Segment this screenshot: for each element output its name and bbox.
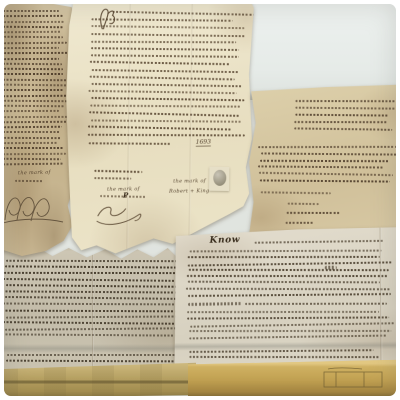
handwriting-line xyxy=(88,126,231,131)
handwriting-line xyxy=(4,73,63,75)
handwriting-line xyxy=(295,121,388,123)
indenture-paper: 1693 the mark of P the mark of Robert + … xyxy=(62,4,256,255)
handwriting-line xyxy=(186,287,390,289)
handwriting-line xyxy=(261,191,331,194)
handwriting-line xyxy=(259,179,389,182)
deed-right-paper: Know xyxy=(174,227,396,373)
handwriting-line xyxy=(89,111,239,116)
handwriting-line xyxy=(4,131,60,133)
signature-line xyxy=(14,180,66,187)
handwriting-line xyxy=(188,281,380,283)
handwriting-line xyxy=(295,107,396,110)
handwriting-line xyxy=(4,26,64,28)
handwriting-line xyxy=(261,152,396,155)
closing-line xyxy=(260,192,380,200)
handwriting-line xyxy=(91,105,241,108)
handwriting-line xyxy=(89,61,229,65)
handwriting-line xyxy=(4,115,67,117)
handwriting-line xyxy=(286,212,339,214)
handwriting-line xyxy=(188,302,242,306)
handwriting-line xyxy=(260,159,389,161)
opening-word: Know xyxy=(209,236,240,246)
handwriting-line xyxy=(6,315,196,318)
handwriting-line xyxy=(5,327,192,331)
handwriting-line xyxy=(91,54,239,57)
handwriting-line xyxy=(295,114,388,116)
handwriting-line xyxy=(89,90,237,94)
document-indenture: 1693 the mark of P the mark of Robert + … xyxy=(62,4,256,255)
handwriting-block xyxy=(4,260,192,340)
date-line xyxy=(88,142,246,151)
handwriting-line xyxy=(286,222,315,224)
handwriting-line xyxy=(4,57,58,59)
handwriting-line xyxy=(245,303,387,305)
handwriting-line xyxy=(4,334,185,337)
handwriting-line xyxy=(4,89,63,91)
handwriting-line xyxy=(4,78,68,80)
handwriting-block xyxy=(244,302,392,309)
handwriting-line xyxy=(288,203,319,205)
handwriting-line xyxy=(4,272,192,274)
handwriting-line xyxy=(4,94,67,96)
handwriting-line xyxy=(91,119,241,122)
handwriting-line xyxy=(4,47,59,49)
handwriting-line xyxy=(91,97,244,101)
handwriting-line xyxy=(4,20,63,22)
handwriting-line xyxy=(4,278,189,282)
handwriting-line xyxy=(4,15,64,17)
document-deed-right: Know xyxy=(174,227,396,373)
handwriting-line xyxy=(94,170,142,173)
vertical-crease xyxy=(92,240,94,374)
handwriting-line xyxy=(4,303,192,306)
handwriting-block xyxy=(186,310,392,343)
handwriting-line xyxy=(92,33,247,37)
handwriting-line xyxy=(324,266,336,270)
handwriting-line xyxy=(295,100,396,102)
handwriting-block xyxy=(186,249,392,301)
handwriting-line xyxy=(4,105,64,107)
receipt-paper xyxy=(245,83,396,242)
handwriting-line xyxy=(91,83,242,87)
handwriting-line xyxy=(91,25,244,29)
handwriting-line xyxy=(187,256,379,258)
handwriting-line xyxy=(4,41,67,43)
handwriting-block xyxy=(4,10,69,168)
handwriting-line xyxy=(89,75,234,80)
handwriting-line xyxy=(190,356,380,358)
date-fragment: 1693 xyxy=(196,139,211,146)
handwriting-line xyxy=(4,68,63,70)
handwriting-line xyxy=(6,260,194,263)
handwriting-block xyxy=(88,11,248,143)
handwriting-line xyxy=(91,19,232,22)
handwriting-line xyxy=(4,142,58,144)
handwriting-line xyxy=(4,110,60,112)
handwriting-line xyxy=(88,134,245,137)
handwriting-line xyxy=(259,172,393,176)
handwriting-line xyxy=(4,321,190,325)
handwriting-line xyxy=(187,311,379,313)
signature-flourish xyxy=(95,202,147,227)
handwriting-block xyxy=(254,240,388,247)
handwriting-line xyxy=(5,266,186,269)
handwriting-line xyxy=(92,69,239,73)
handwriting-line xyxy=(4,63,62,65)
handwriting-line xyxy=(4,309,191,312)
seal-tab xyxy=(209,167,229,191)
bold-word-dab xyxy=(324,264,396,270)
document-deed-left xyxy=(4,240,198,374)
handwriting-line xyxy=(294,127,392,130)
handwriting-line xyxy=(189,330,391,332)
document-receipt xyxy=(245,83,396,242)
handwriting-line xyxy=(5,296,195,300)
flourish-loops xyxy=(4,190,69,226)
handwriting-line xyxy=(259,146,396,148)
handwriting-line xyxy=(4,126,62,128)
handwriting-line xyxy=(4,121,68,123)
handwriting-line xyxy=(7,354,181,356)
handwriting-line xyxy=(4,152,67,154)
handwriting-line xyxy=(4,31,61,33)
handwriting-line xyxy=(6,284,194,288)
deed-left-paper xyxy=(4,240,198,374)
handwriting-line xyxy=(190,322,394,327)
handwriting-line xyxy=(188,293,391,297)
wax-seal xyxy=(213,170,226,186)
sketched-box xyxy=(322,366,392,392)
handwriting-line xyxy=(91,47,239,51)
handwriting-line xyxy=(189,250,381,253)
handwriting-line xyxy=(258,166,384,169)
handwriting-line xyxy=(4,163,64,165)
handwriting-line xyxy=(4,52,68,54)
handwriting-line xyxy=(254,240,383,244)
handwriting-line xyxy=(190,349,374,353)
handwriting-line xyxy=(4,10,59,12)
handwriting-line xyxy=(4,36,63,38)
handwriting-line xyxy=(187,275,388,277)
handwriting-line xyxy=(4,137,60,139)
handwriting-line xyxy=(4,84,67,86)
handwriting-line xyxy=(91,41,236,43)
handwriting-line xyxy=(94,177,131,179)
handwriting-block xyxy=(258,146,396,188)
handwriting-line xyxy=(113,11,255,16)
mark-of-label: the mark of xyxy=(18,170,51,177)
handwriting-line xyxy=(14,180,42,182)
handwriting-line xyxy=(189,335,387,340)
handwriting-line xyxy=(187,317,389,320)
photo-area: the mark of xyxy=(4,4,396,396)
handwriting-line xyxy=(4,158,61,160)
fold-crease xyxy=(4,344,198,353)
handwriting-line xyxy=(4,100,70,102)
manuscripts-photo: the mark of xyxy=(0,0,400,400)
handwriting-line xyxy=(4,147,64,149)
handwriting-line xyxy=(4,290,188,293)
attestation-lines xyxy=(93,170,185,185)
handwriting-block xyxy=(294,100,396,136)
